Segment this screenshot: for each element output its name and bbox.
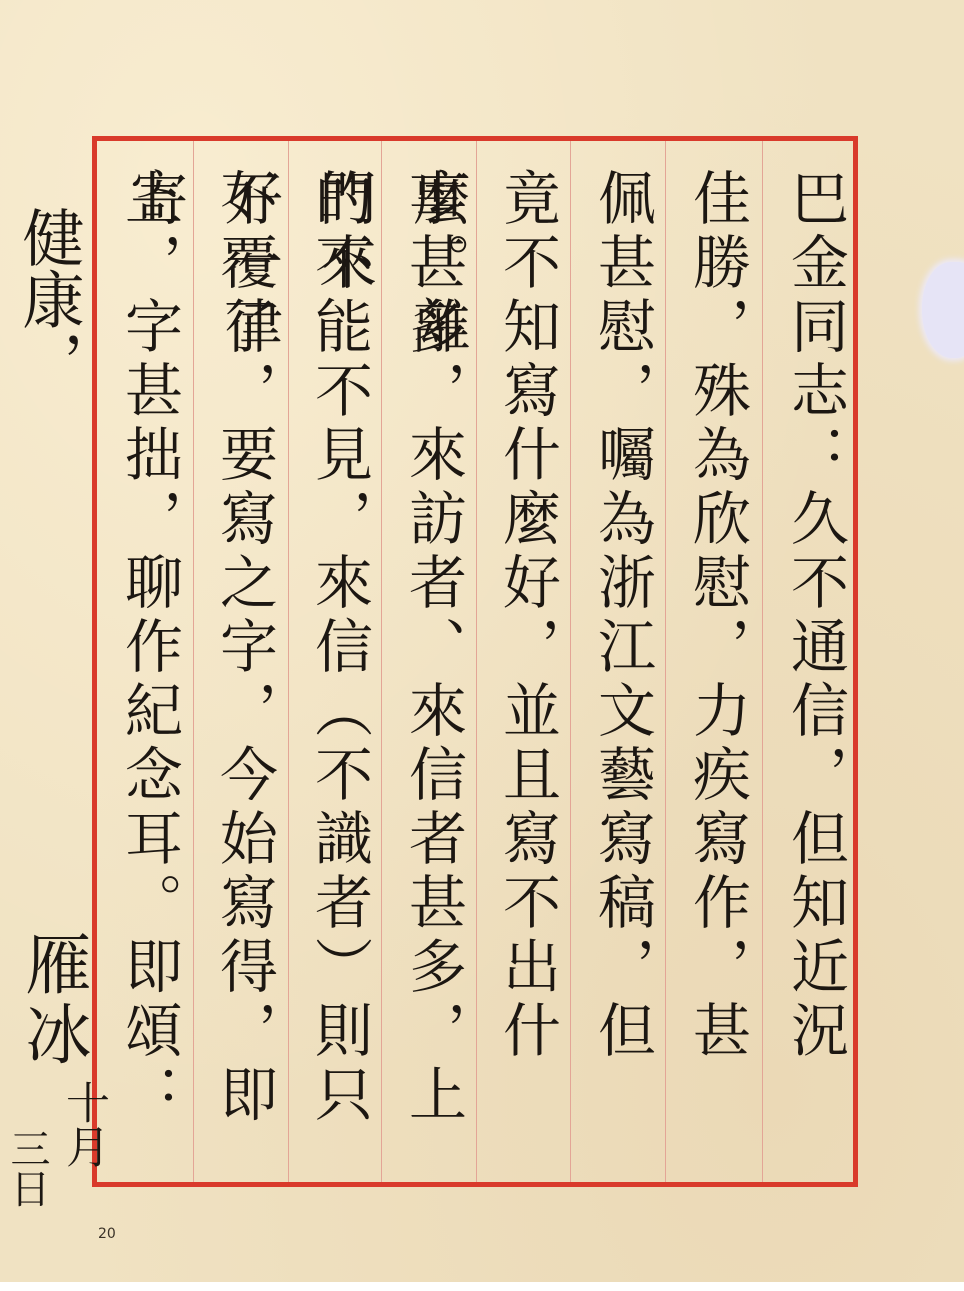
letter-column-1: 巴金同志：久不通信，但知近況 [770, 168, 860, 1168]
scan-border [0, 1282, 964, 1291]
letter-column-6: 的不能不見，來信（不識者）則只好一律 [294, 168, 384, 1168]
letter-column-2: 佳勝，殊為欣慰，力疾寫作，甚 [672, 168, 762, 1168]
closing-salutation: 健康， [8, 206, 88, 392]
letter-column-3: 佩甚慰，囑為浙江文藝寫稿，但 [577, 168, 667, 1168]
date-day: 三日 [4, 1128, 50, 1208]
letter-column-5: 事甚多，來訪者、來信者甚多，上門來 [388, 168, 478, 1168]
corner-page-mark: 20 [98, 1226, 116, 1242]
signature: 雁冰 [12, 930, 92, 1070]
date-month: 十月 [58, 1080, 108, 1168]
letter-column-8: 上，字甚拙，聊作紀念耳。即頌： [104, 168, 194, 1168]
letter-column-7: 不覆了，要寫之字，今始寫得，即寄 [199, 168, 289, 1168]
column-rule [762, 141, 763, 1182]
letter-column-4: 竟不知寫什麼好，並且寫不出什麼。離 [482, 168, 572, 1168]
